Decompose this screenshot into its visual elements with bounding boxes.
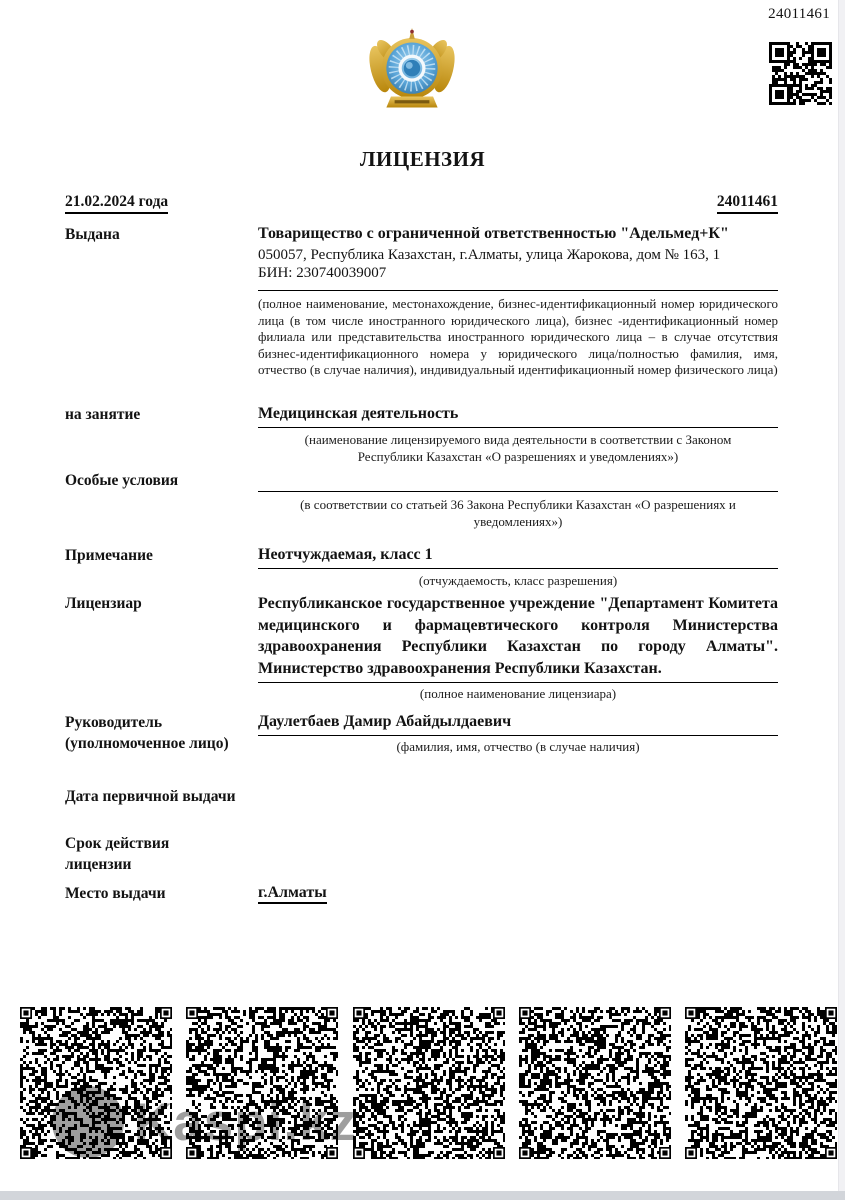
empty-value: [258, 786, 778, 807]
head-value: Даулетбаев Дамир Абайдылдаевич: [258, 712, 778, 736]
field-label: Руководитель (уполномоченное лицо): [65, 712, 258, 756]
field-remark: Примечание Неотчуждаемая, класс 1 (отчуж…: [65, 545, 778, 590]
security-code-strip: [20, 1007, 837, 1159]
field-licensor: Лицензиар Республиканское государственно…: [65, 593, 778, 703]
field-note: (отчуждаемость, класс разрешения): [258, 573, 778, 590]
field-issued-to: Выдана Товарищество с ограниченной ответ…: [65, 224, 778, 379]
field-place-of-issue: Место выдачи г.Алматы: [65, 883, 778, 904]
data-matrix-code: [20, 1007, 172, 1159]
field-note: (наименование лицензируемого вида деятел…: [258, 432, 778, 465]
activity-value: Медицинская деятельность: [258, 404, 778, 428]
licensee-name: Товарищество с ограниченной ответственно…: [258, 224, 778, 244]
field-label: Особые условия: [65, 470, 258, 530]
licensee-bin: БИН: 230740039007: [258, 265, 778, 283]
remark-value: Неотчуждаемая, класс 1: [258, 545, 778, 569]
field-label: на занятие: [65, 404, 258, 465]
field-head: Руководитель (уполномоченное лицо) Дауле…: [65, 712, 778, 756]
doc-number-top: 24011461: [768, 6, 830, 23]
issue-row: 21.02.2024 года 24011461: [65, 193, 778, 214]
data-matrix-code: [685, 1007, 837, 1159]
field-label: Примечание: [65, 545, 258, 590]
licensee-address: 050057, Республика Казахстан, г.Алматы, …: [258, 247, 778, 265]
page-title: ЛИЦЕНЗИЯ: [0, 147, 845, 172]
field-first-issue-date: Дата первичной выдачи: [65, 786, 778, 807]
empty-value-line: [258, 470, 778, 492]
field-note: (полное наименование лицензиара): [258, 686, 778, 703]
field-validity-period: Срок действия лицензии: [65, 833, 778, 875]
licensor-value: Республиканское государственное учрежден…: [258, 593, 778, 683]
qr-code: [769, 42, 832, 105]
data-matrix-code: [353, 1007, 505, 1159]
kazakhstan-emblem-icon: [366, 27, 458, 113]
field-activity: на занятие Медицинская деятельность (наи…: [65, 404, 778, 465]
issue-date: 21.02.2024 года: [65, 193, 168, 214]
empty-value: [258, 833, 778, 875]
field-note: (полное наименование, местонахождение, б…: [258, 296, 778, 379]
field-note: (в соответствии со статьей 36 Закона Рес…: [258, 497, 778, 530]
field-label: Срок действия лицензии: [65, 833, 258, 875]
data-matrix-code: [519, 1007, 671, 1159]
field-label: Лицензиар: [65, 593, 258, 703]
page-edge-right: [838, 0, 845, 1200]
field-note: (фамилия, имя, отчество (в случае наличи…: [258, 739, 778, 756]
field-special-conditions: Особые условия (в соответствии со статье…: [65, 470, 778, 530]
field-rule: [258, 290, 778, 291]
data-matrix-code: [186, 1007, 338, 1159]
issue-number: 24011461: [717, 193, 778, 214]
page-edge-bottom: [0, 1191, 845, 1200]
field-label: Дата первичной выдачи: [65, 786, 258, 807]
field-label: Выдана: [65, 224, 258, 379]
place-value: г.Алматы: [258, 884, 327, 904]
license-document-page: 24011461: [0, 0, 845, 1200]
field-label: Место выдачи: [65, 883, 258, 904]
